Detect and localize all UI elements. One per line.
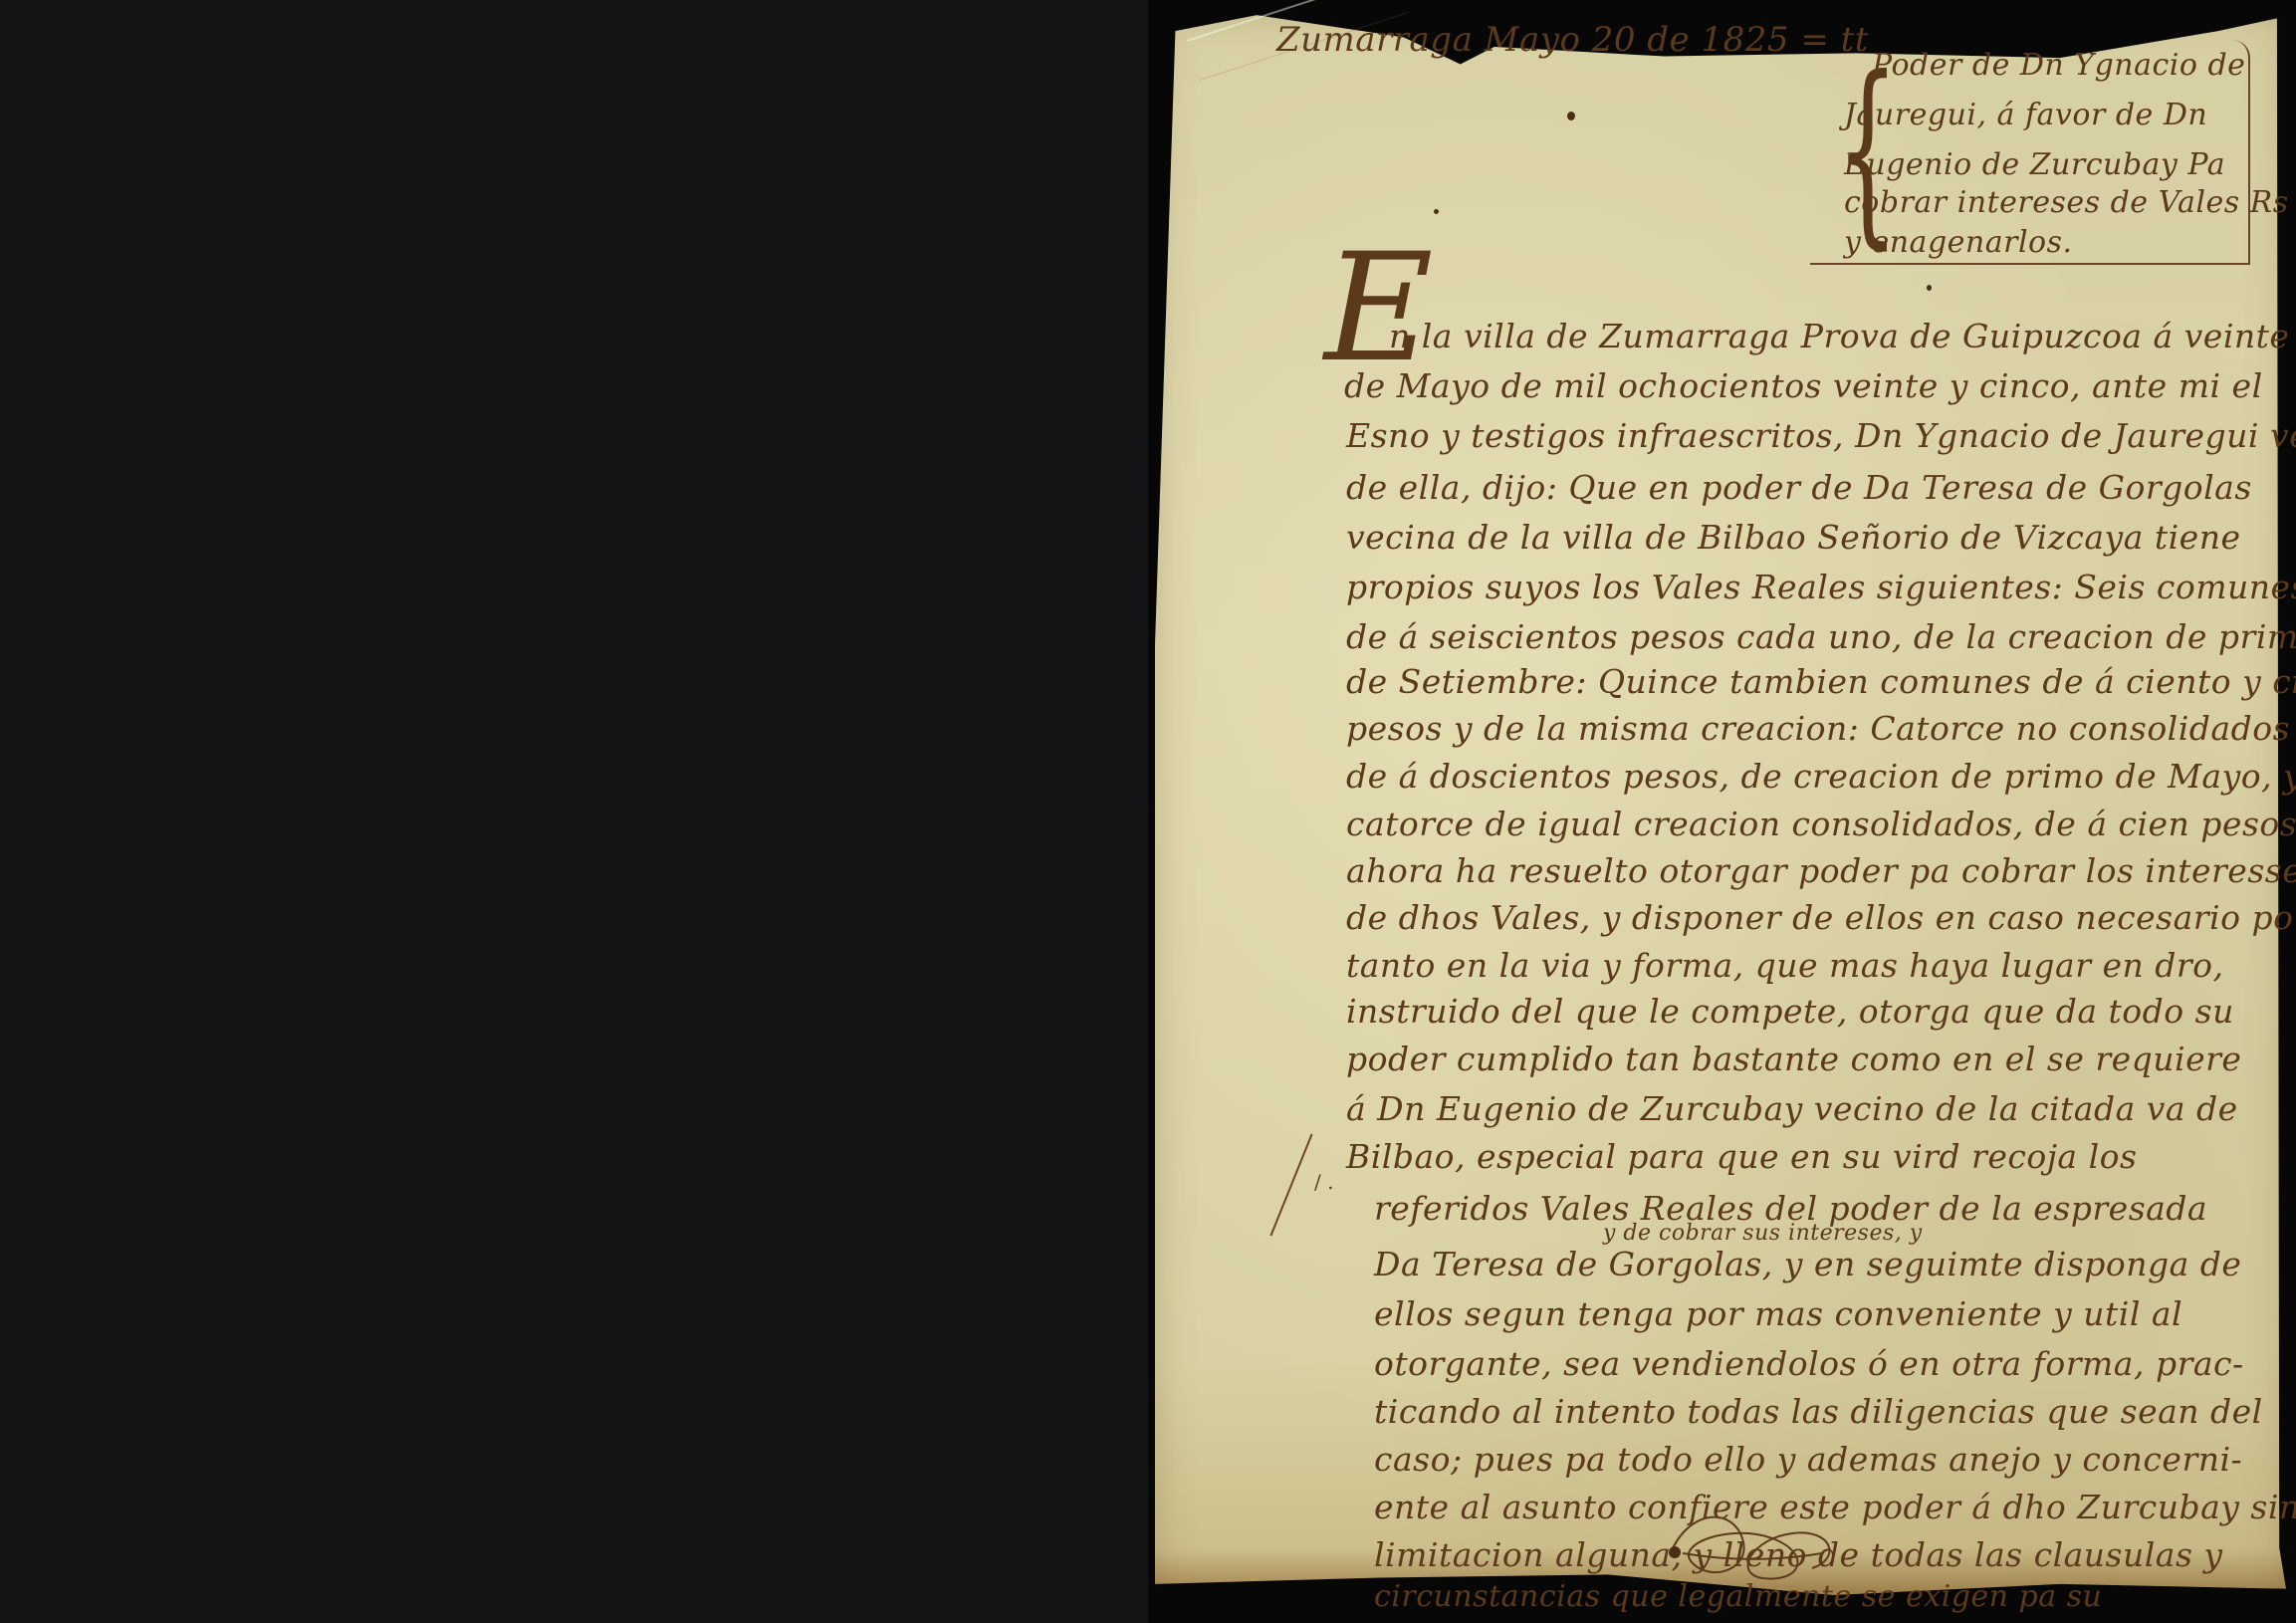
body-line: n la villa de Zumarraga Prova de Guipuzc… (1389, 317, 2289, 355)
body-line: de Setiembre: Quince tambien comunes de … (1346, 662, 2296, 701)
margin-note-line: y enagenarlos. (1844, 225, 2073, 260)
body-line: Esno y testigos infraescritos, Dn Ygnaci… (1346, 416, 2296, 455)
margin-note-line: cobrar intereses de Vales Rs (1844, 185, 2289, 220)
body-line: otorgante, sea vendiendolos ó en otra fo… (1374, 1344, 2244, 1383)
body-line: de á doscientos pesos, de creacion de pr… (1346, 757, 2296, 796)
body-line: ahora ha resuelto otorgar poder pa cobra… (1346, 851, 2296, 890)
body-line: á Dn Eugenio de Zurcubay vecino de la ci… (1346, 1089, 2238, 1128)
document-viewer: Zumarraga Mayo 20 de 1825 = tt { Poder d… (0, 0, 2296, 1623)
margin-mark-dots: / . (1314, 1170, 1333, 1194)
body-line: Da Teresa de Gorgolas, y en seguimte dis… (1374, 1245, 2241, 1283)
ink-spot (1927, 285, 1932, 291)
body-line: propios suyos los Vales Reales siguiente… (1346, 568, 2296, 606)
body-line: de Mayo de mil ochocientos veinte y cinc… (1344, 366, 2263, 405)
body-line: caso; pues pa todo ello y ademas anejo y… (1374, 1440, 2242, 1479)
drop-cap-initial: E (1324, 234, 1434, 383)
body-line: instruido del que le compete, otorga que… (1346, 992, 2234, 1031)
body-line: pesos y de la misma creacion: Catorce no… (1346, 709, 2290, 748)
body-line: Bilbao, especial para que en su vird rec… (1346, 1137, 2137, 1176)
body-line: poder cumplido tan bastante como en el s… (1346, 1040, 2241, 1078)
body-line: tanto en la via y forma, que mas haya lu… (1346, 946, 2224, 985)
margin-note-line: Eugenio de Zurcubay Pa (1844, 147, 2225, 182)
margin-note-line: Poder de Dn Ygnacio de (1872, 48, 2245, 83)
body-line: de á seiscientos pesos cada uno, de la c… (1346, 617, 2296, 656)
body-line: de ella, dijo: Que en poder de Da Teresa… (1346, 468, 2252, 507)
body-line: catorce de igual creacion consolidados, … (1346, 805, 2296, 843)
margin-note-line: Jauregui, á favor de Dn (1844, 98, 2207, 132)
ink-spot (1434, 209, 1439, 214)
body-line: de dhos Vales, y disponer de ellos en ca… (1346, 898, 2296, 937)
body-line: vecina de la villa de Bilbao Señorio de … (1346, 518, 2241, 557)
interlinear-insert: y de cobrar sus intereses, y (1603, 1221, 1923, 1246)
body-line: ticando al intento todas las diligencias… (1374, 1392, 2263, 1431)
closing-flourish-icon (1653, 1508, 1852, 1588)
body-line: ellos segun tenga por mas conveniente y … (1374, 1294, 2182, 1333)
place-date-heading: Zumarraga Mayo 20 de 1825 = tt (1276, 20, 1869, 60)
ink-spot (1567, 112, 1575, 120)
